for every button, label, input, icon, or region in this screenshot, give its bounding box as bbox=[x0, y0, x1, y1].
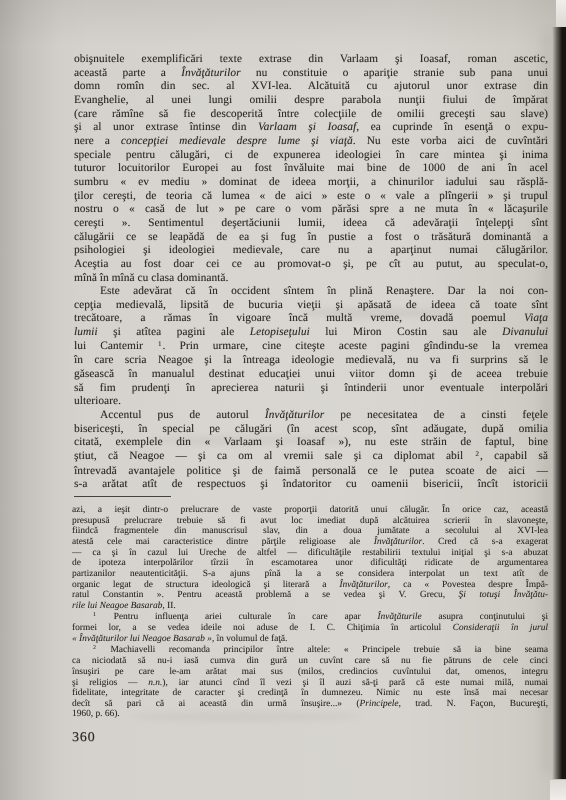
text-line: ca niciodată să nu-i iasă cumva din gură… bbox=[72, 656, 548, 667]
page-number: 360 bbox=[72, 730, 95, 746]
italic-phrase: lumii bbox=[74, 326, 98, 338]
footnote-reference: 2 bbox=[474, 450, 480, 458]
text-line: domn romîn din sec. al XVI-lea. Alcătuit… bbox=[74, 80, 548, 94]
text-line: ţilor cereşti, de teoria că lumea « de a… bbox=[74, 190, 548, 204]
scanned-book-page: obişnuitele exemplificări texte extrase … bbox=[0, 0, 566, 800]
footnote-reference: 1 bbox=[157, 340, 163, 348]
scan-corner-top-right bbox=[556, 0, 566, 27]
text-line: sumbru « ev mediu » dominat de ideea mor… bbox=[74, 176, 548, 190]
text-line: cereşti ». Sentimentul deşertăciunii lum… bbox=[74, 217, 548, 231]
text-line: — ca şi în cazul lui Ureche de altfel — … bbox=[72, 548, 548, 559]
footnote-separator-rule bbox=[74, 496, 171, 497]
italic-phrase: Viaţa bbox=[524, 312, 548, 324]
text-line: presupusă prelucrare trebuie să fi avut … bbox=[72, 516, 548, 527]
text-line: formei lor, a se vedea ideile noi aduse … bbox=[72, 623, 548, 634]
text-line: de ipoteza interpolărilor tîrzii în esca… bbox=[72, 558, 548, 569]
text-line: organic legat de structura ideologică şi… bbox=[72, 580, 548, 591]
italic-phrase: Principele bbox=[359, 699, 398, 709]
italic-phrase: Învăţăturilor bbox=[339, 580, 387, 590]
text-line: întrevadă avantajele politice şi de faim… bbox=[74, 465, 548, 479]
text-line: 1960, p. 66). bbox=[72, 709, 548, 720]
text-line: « Învăţăturilor lui Neagoe Basarab », în… bbox=[72, 634, 548, 645]
italic-phrase: Letopiseţului bbox=[250, 326, 310, 338]
main-text: obişnuitele exemplificări texte extrase … bbox=[74, 53, 548, 492]
text-line: ştiut, că Neagoe — şi ca om al vremii sa… bbox=[74, 450, 548, 465]
text-line: găsească în manualul destinat educaţiei … bbox=[74, 368, 548, 382]
italic-phrase: Divanului bbox=[502, 326, 548, 338]
text-line: Este adevărat că în occident sîntem în p… bbox=[74, 285, 548, 299]
text-line: călugării ce se leapădă de ea şi fug în … bbox=[74, 231, 548, 245]
italic-phrase: Varlaam şi Ioasaf bbox=[258, 121, 356, 133]
text-line: citată, exemplele din « Varlaam şi Ioasa… bbox=[74, 436, 548, 450]
footnote-reference: 1 bbox=[92, 612, 97, 618]
italic-phrase: Şi totuşi Învăţătu- bbox=[459, 590, 548, 600]
italic-phrase: « Învăţăturilor lui Neagoe Basarab » bbox=[72, 634, 212, 644]
text-line: atestă cele mai caracteristice dintre pă… bbox=[72, 537, 548, 548]
text-line: Aceştia au fost doar cei ce au promovat-… bbox=[74, 258, 548, 272]
text-line: ulterioare. bbox=[74, 395, 548, 409]
text-line: lui Cantemir 1. Prin urmare, cine citeşt… bbox=[74, 340, 548, 355]
text-line: speciale pentru călugări, ci de expunere… bbox=[74, 149, 548, 163]
text-line: lumii şi atîtea pagini ale Letopiseţului… bbox=[74, 326, 548, 340]
text-line: şi religios — n.n.), iar atunci cînd îl … bbox=[72, 678, 548, 689]
italic-phrase: concepţiei medievale despre lume şi viaţ… bbox=[121, 135, 353, 147]
text-line: mînă în mînă cu clasa dominantă. bbox=[74, 272, 548, 286]
italic-phrase: n.n. bbox=[148, 678, 162, 688]
text-line: ratul Constantin ». Pentru această probl… bbox=[72, 590, 548, 601]
text-line: nere a concepţiei medievale despre lume … bbox=[74, 135, 548, 149]
text-line: Evanghelie, al unei lungi omilii despre … bbox=[74, 94, 548, 108]
scan-corner-bottom-right bbox=[550, 780, 566, 800]
footnote-reference: 2 bbox=[92, 645, 97, 651]
italic-phrase: Învăţăturilor bbox=[181, 67, 240, 79]
scan-left-shadow bbox=[0, 0, 60, 800]
text-line: obişnuitele exemplificări texte extrase … bbox=[74, 53, 548, 67]
text-line: în care scria Neagoe şi la întreaga ideo… bbox=[74, 354, 548, 368]
text-line: bisericeşti, în special pe călugări (în … bbox=[74, 423, 548, 437]
text-line: această parte a Învăţăturilor nu constit… bbox=[74, 67, 548, 81]
text-line: Accentul pus de autorul Învăţăturilor pe… bbox=[74, 409, 548, 423]
italic-phrase: Învăţăturilor bbox=[374, 537, 422, 547]
text-line: nostru o « casă de lut » pe care o vom p… bbox=[74, 203, 548, 217]
footnotes: azi, a ieşit dintr-o prelucrare de vaste… bbox=[72, 505, 548, 720]
text-line: decît să pari că ai această din urmă îns… bbox=[72, 699, 548, 710]
italic-phrase: Învăţăturile bbox=[377, 612, 421, 622]
scan-edge-band bbox=[552, 27, 566, 779]
text-line: partizanilor neautenticităţii. S-a ajuns… bbox=[72, 569, 548, 580]
text-line: trecătoare, a rămas în vigoare încă mult… bbox=[74, 312, 548, 326]
text-line: azi, a ieşit dintr-o prelucrare de vaste… bbox=[72, 505, 548, 516]
text-line: s-a arătat atît de respectuos şi îndator… bbox=[74, 478, 548, 492]
text-line: cepţia medievală, lipsită de bucuria vie… bbox=[74, 299, 548, 313]
text-line: să fim prudenţi în aprecierea naturii şi… bbox=[74, 382, 548, 396]
italic-phrase: Învăţăturilor bbox=[265, 409, 324, 421]
text-line: însuşiri pe care le-am arătat mai sus (m… bbox=[72, 667, 548, 678]
text-line: rile lui Neagoe Basarab, II. bbox=[72, 601, 548, 612]
italic-phrase: Consideraţii în jurul bbox=[453, 623, 548, 633]
text-line: fidelitate, integritate de caracter şi c… bbox=[72, 688, 548, 699]
text-line: tuturor locuitorilor Europei au fost înv… bbox=[74, 162, 548, 176]
text-line: psihologiei şi ideologiei medievale, car… bbox=[74, 244, 548, 258]
text-line: şi al unor extrase întinse din Varlaam ş… bbox=[74, 121, 548, 135]
italic-phrase: rile lui Neagoe Basarab bbox=[72, 601, 162, 611]
text-line: fiindcă fragmentele din manuscrisul slav… bbox=[72, 526, 548, 537]
scan-top-shadow bbox=[0, 0, 566, 46]
text-line: 2 Machiavelli recomanda principilor într… bbox=[72, 645, 548, 657]
text-line: 1 Pentru influenţa ariei culturale în ca… bbox=[72, 612, 548, 624]
text-line: (care rămîne să fie descoperită între co… bbox=[74, 108, 548, 122]
